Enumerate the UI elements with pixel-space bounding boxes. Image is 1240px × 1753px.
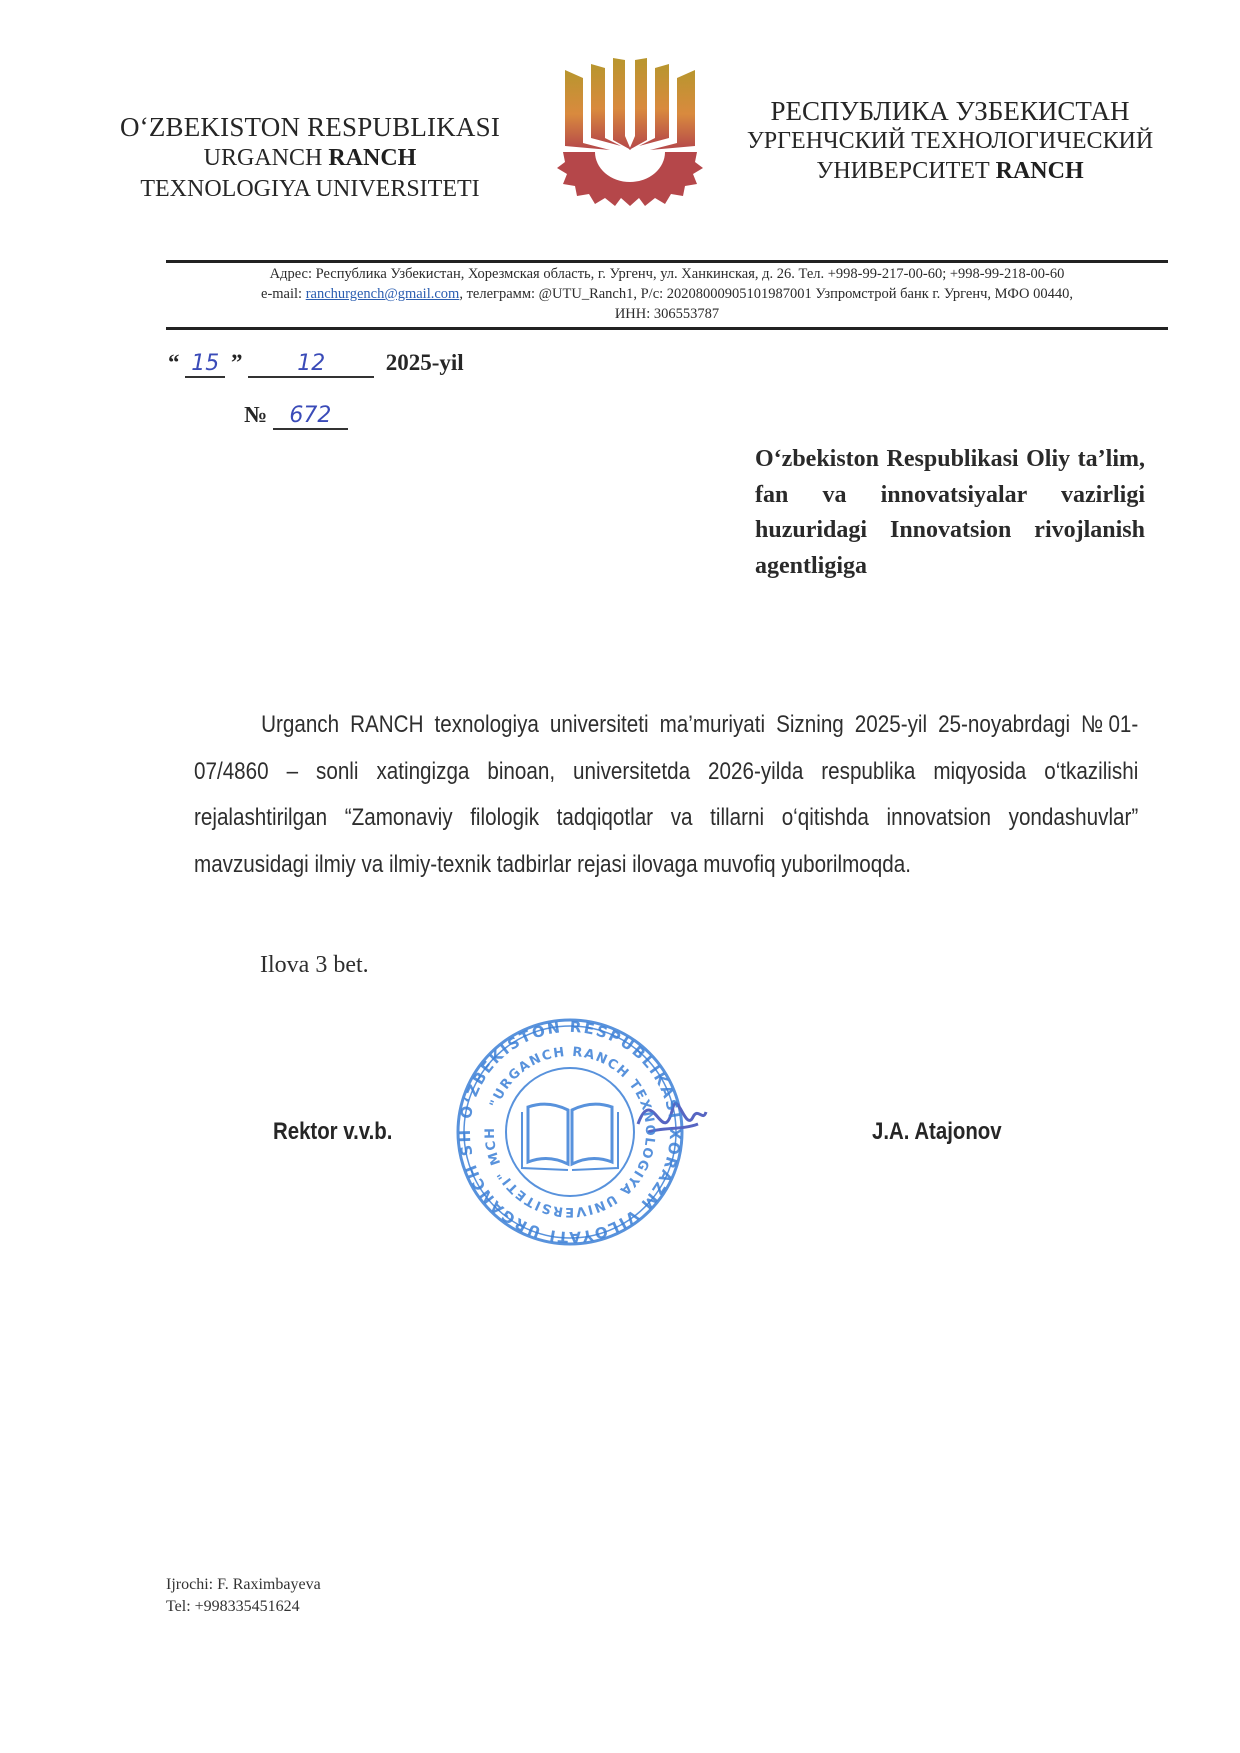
address-line3: ИНН: 306553787 [166,304,1168,324]
header-rule-top [166,260,1168,263]
email-link[interactable]: ranchurgench@gmail.com [306,286,460,302]
header-ru: РЕСПУБЛИКА УЗБЕКИСТАН УРГЕНЧСКИЙ ТЕХНОЛО… [730,96,1170,186]
header-ru-brand: RANCH [996,158,1084,184]
header-uz-brand: RANCH [328,145,416,171]
header-ru-line2: УРГЕНЧСКИЙ ТЕХНОЛОГИЧЕСКИЙ [730,126,1170,156]
signatory-title: Rektor v.v.b. [273,1118,392,1146]
official-stamp-icon: O‘ZBEKISTON RESPUBLIKASI XORAZM VILOYATI… [448,1012,748,1250]
header-uz-line2: URGANCH RANCH [100,143,520,174]
number-value: 672 [273,403,348,430]
address-line2-rest: , телеграмм: @UTU_Ranch1, Р/с: 202080009… [459,286,1073,302]
body-paragraph-text: Urganch RANCH texnologiya universiteti m… [194,711,1138,878]
header-uz-line2-prefix: URGANCH [204,145,329,171]
date-close-quote: ” [231,350,243,375]
address-line1: Адрес: Республика Узбекистан, Хорезмская… [166,264,1168,284]
email-label: e-mail: [261,286,306,302]
letter-date: “ 15 ” 12 2025-yil [168,350,464,378]
date-open-quote: “ [168,350,180,375]
executor-info: Ijrochi: F. Raximbayeva Tel: +9983354516… [166,1574,321,1618]
address-line2: e-mail: ranchurgench@gmail.com, телеграм… [166,284,1168,304]
signatory-name: J.A. Atajonov [872,1118,1002,1146]
body-paragraph: Urganch RANCH texnologiya universiteti m… [194,702,1138,888]
header-uz-line1: O‘ZBEKISTON RESPUBLIKASI [100,112,520,143]
executor-phone: Tel: +998335451624 [166,1596,321,1618]
header-uz: O‘ZBEKISTON RESPUBLIKASI URGANCH RANCH T… [100,112,520,205]
header-ru-line3-prefix: УНИВЕРСИТЕТ [816,158,995,184]
attachment-note: Ilova 3 bet. [260,952,369,979]
number-label: № [244,402,267,427]
university-logo-icon [555,58,705,208]
date-year: 2025-yil [386,350,464,375]
letter-body: Urganch RANCH texnologiya universiteti m… [194,702,1138,888]
addressee: O‘zbekiston Respublikasi Oliy ta’lim, fa… [755,442,1145,584]
header-uz-line3: TEXNOLOGIYA UNIVERSITETI [100,174,520,205]
header-ru-line3: УНИВЕРСИТЕТ RANCH [730,156,1170,186]
header-rule-bottom [166,327,1168,330]
date-day: 15 [185,351,225,378]
header-ru-line1: РЕСПУБЛИКА УЗБЕКИСТАН [730,96,1170,126]
letter-number: № 672 [244,402,348,430]
address-block: Адрес: Республика Узбекистан, Хорезмская… [166,264,1168,324]
date-month: 12 [248,351,374,378]
executor-name: Ijrochi: F. Raximbayeva [166,1574,321,1596]
